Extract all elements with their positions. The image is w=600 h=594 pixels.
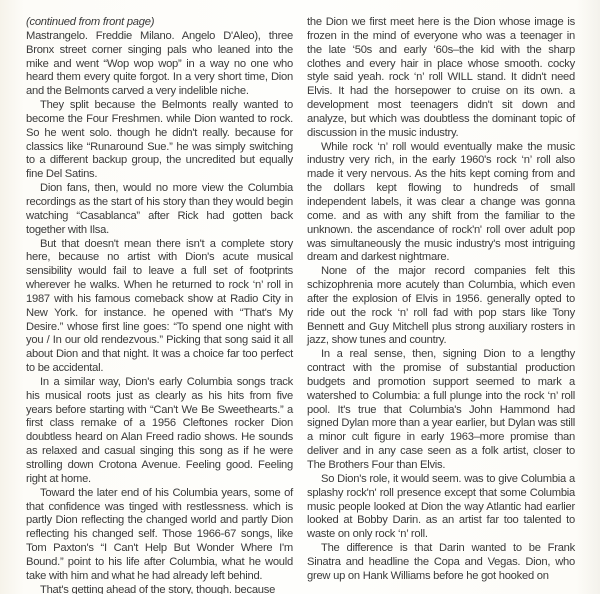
paragraph: Toward the later end of his Columbia yea… <box>26 487 293 584</box>
paragraph: They split because the Belmonts really w… <box>26 99 293 182</box>
paragraph: So Dion's role, it would seem. was to gi… <box>307 473 575 542</box>
paragraph: Mastrangelo. Freddie Milano. Angelo D'Al… <box>26 30 293 99</box>
paragraph: Dion fans, then, would no more view the … <box>26 182 293 237</box>
paragraph: None of the major record companies felt … <box>307 265 575 348</box>
paragraph: That's getting ahead of the story, thoug… <box>26 584 293 594</box>
paragraph: In a real sense, then, signing Dion to a… <box>307 348 575 473</box>
paragraph: But that doesn't mean there isn't a comp… <box>26 238 293 376</box>
paragraph: The difference is that Darin wanted to b… <box>307 542 575 584</box>
liner-notes-page: (continued from front page) Mastrangelo.… <box>0 0 600 594</box>
continued-kicker: (continued from front page) <box>26 16 293 30</box>
right-column: the Dion we first meet here is the Dion … <box>307 16 575 584</box>
paragraph: In a similar way, Dion's early Columbia … <box>26 376 293 487</box>
paragraph: While rock ‘n’ roll would eventually mak… <box>307 141 575 266</box>
paragraph: the Dion we first meet here is the Dion … <box>307 16 575 141</box>
left-column: (continued from front page) Mastrangelo.… <box>26 16 293 594</box>
